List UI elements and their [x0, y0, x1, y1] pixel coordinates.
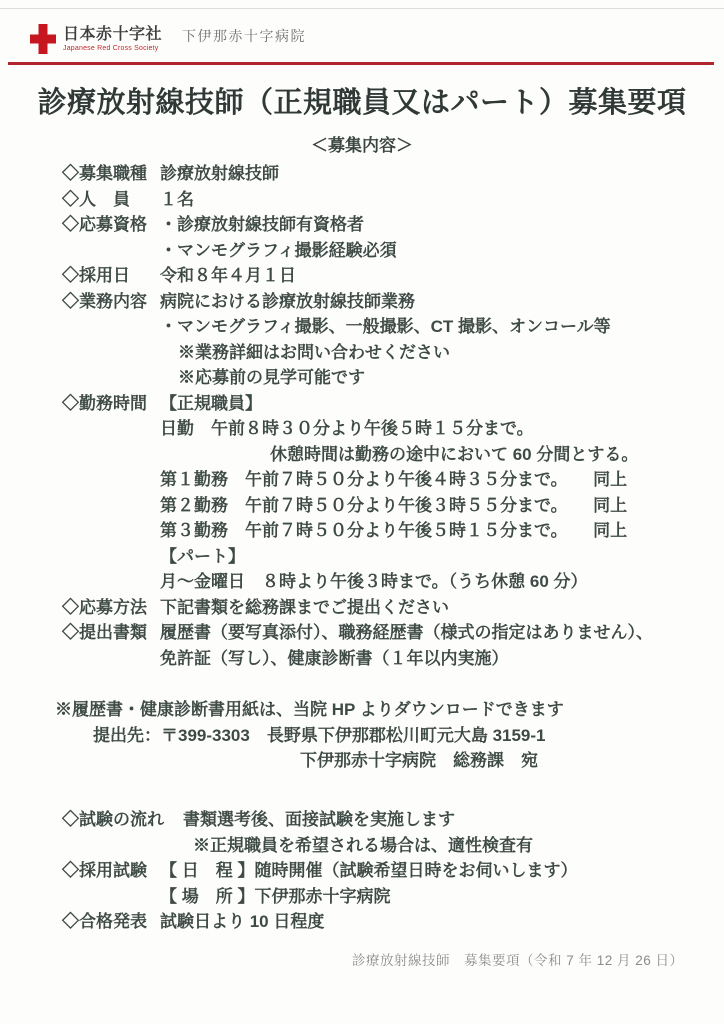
row-text: 【パート】 [160, 544, 245, 570]
row-text: 【正規職員】 [160, 391, 262, 417]
list-row: 日勤 午前８時３０分より午後５時１５分まで。 [62, 416, 714, 442]
list-row: ※応募前の見学可能です [62, 365, 714, 391]
list-row: 【 場 所 】下伊那赤十字病院 [62, 884, 714, 910]
row-label [62, 833, 183, 859]
row-label: ◇合格発表 [62, 909, 160, 935]
row-label: ◇試験の流れ [62, 807, 183, 833]
list-row: 免許証（写し）、健康診断書（１年以内実施） [62, 646, 714, 672]
header-rule [8, 62, 714, 65]
recruitment-details-list: ◇募集職種診療放射線技師 ◇人 員１名 ◇応募資格・診療放射線技師有資格者 ・マ… [62, 161, 714, 671]
row-label: ◇提出書類 [62, 620, 160, 646]
list-row: ◇提出書類履歴書（要写真添付）、職務経歴書（様式の指定はありません）、 [62, 620, 714, 646]
document-footer: 診療放射線技師 募集要項（令和 7 年 12 月 26 日） [352, 949, 684, 969]
row-label: ◇業務内容 [62, 289, 160, 315]
row-label [62, 493, 160, 519]
list-row: ◇試験の流れ書類選考後、面接試験を実施します [62, 807, 714, 833]
row-text: 【 日 程 】随時開催（試験希望日時をお伺いします） [160, 858, 577, 884]
red-cross-icon [30, 24, 56, 54]
list-row: 【パート】 [62, 544, 714, 570]
row-text: 休憩時間は勤務の途中において 60 分間とする。 [270, 442, 638, 468]
list-row: ◇業務内容病院における診療放射線技師業務 [62, 289, 714, 315]
row-text: ・マンモグラフィ撮影経験必須 [160, 238, 397, 264]
hospital-name: 下伊那赤十字病院 [182, 26, 306, 46]
document-page: 日本赤十字社 Japanese Red Cross Society 下伊那赤十字… [0, 0, 724, 1024]
list-row: ※正規職員を希望される場合は、適性検査有 [62, 833, 714, 859]
row-text: 日勤 午前８時３０分より午後５時１５分まで。 [160, 416, 534, 442]
row-label [62, 340, 160, 366]
list-row: 第３勤務 午前７時５０分より午後５時１５分まで。 同上 [62, 518, 714, 544]
row-text: ※正規職員を希望される場合は、適性検査有 [193, 833, 533, 859]
note-line-address: 提出先：〒399-3303 長野県下伊那郡松川町元大島 3159-1 [93, 723, 564, 749]
list-row: 第１勤務 午前７時５０分より午後４時３５分まで。 同上 [62, 467, 714, 493]
row-text: ※業務詳細はお問い合わせください [178, 340, 450, 366]
row-text: 【 場 所 】下伊那赤十字病院 [160, 884, 390, 910]
row-text: ・診療放射線技師有資格者 [160, 212, 364, 238]
row-label [62, 416, 160, 442]
row-text: 書類選考後、面接試験を実施します [183, 807, 455, 833]
row-text: ※応募前の見学可能です [178, 365, 365, 391]
row-label: ◇勤務時間 [62, 391, 160, 417]
note-line-recipient: 下伊那赤十字病院 総務課 宛 [300, 748, 564, 774]
list-row: ◇応募資格・診療放射線技師有資格者 [62, 212, 714, 238]
list-row: ◇募集職種診療放射線技師 [62, 161, 714, 187]
row-text: 試験日より 10 日程度 [160, 909, 324, 935]
row-text: 病院における診療放射線技師業務 [160, 289, 415, 315]
row-label: ◇募集職種 [62, 161, 160, 187]
scan-edge-line [0, 8, 724, 9]
list-row: 第２勤務 午前７時５０分より午後３時５５分まで。 同上 [62, 493, 714, 519]
exam-details-list: ◇試験の流れ書類選考後、面接試験を実施します ※正規職員を希望される場合は、適性… [62, 807, 714, 935]
list-row: ・マンモグラフィ撮影経験必須 [62, 238, 714, 264]
org-name-block: 日本赤十字社 Japanese Red Cross Society [63, 26, 162, 52]
row-label: ◇採用日 [62, 263, 160, 289]
list-row: ◇合格発表試験日より 10 日程度 [62, 909, 714, 935]
row-label [62, 569, 160, 595]
submission-note: ※履歴書・健康診断書用紙は、当院 HP よりダウンロードできます 提出先：〒39… [55, 697, 564, 774]
row-label: ◇応募方法 [62, 595, 160, 621]
row-label [62, 365, 160, 391]
row-text: 第１勤務 午前７時５０分より午後４時３５分まで。 同上 [160, 467, 627, 493]
row-label [62, 238, 160, 264]
list-row: ※業務詳細はお問い合わせください [62, 340, 714, 366]
list-row: ◇勤務時間【正規職員】 [62, 391, 714, 417]
row-text: ・マンモグラフィ撮影、一般撮影、CT 撮影、オンコール等 [160, 314, 611, 340]
list-row: 休憩時間は勤務の途中において 60 分間とする。 [62, 442, 714, 468]
org-name-english: Japanese Red Cross Society [63, 45, 162, 52]
row-label [62, 467, 160, 493]
row-label: ◇人 員 [62, 187, 160, 213]
list-row: ・マンモグラフィ撮影、一般撮影、CT 撮影、オンコール等 [62, 314, 714, 340]
row-text: 月～金曜日 ８時より午後３時まで。（うち休憩 60 分） [160, 569, 588, 595]
row-label [62, 544, 160, 570]
page-title: 診療放射線技師（正規職員又はパート）募集要項 [0, 80, 724, 121]
row-label [62, 442, 160, 468]
row-text: 履歴書（要写真添付）、職務経歴書（様式の指定はありません）、 [160, 620, 653, 646]
row-label [62, 646, 160, 672]
row-text: 免許証（写し）、健康診断書（１年以内実施） [160, 646, 509, 672]
row-text: 令和８年４月１日 [160, 263, 296, 289]
row-text: 診療放射線技師 [160, 161, 279, 187]
list-row: 月～金曜日 ８時より午後３時まで。（うち休憩 60 分） [62, 569, 714, 595]
list-row: ◇採用日令和８年４月１日 [62, 263, 714, 289]
row-label [62, 884, 160, 910]
org-name: 日本赤十字社 [63, 26, 162, 43]
row-label: ◇応募資格 [62, 212, 160, 238]
row-label [62, 518, 160, 544]
row-text: 下記書類を総務課までご提出ください [160, 595, 449, 621]
list-row: ◇人 員１名 [62, 187, 714, 213]
row-text: １名 [160, 187, 194, 213]
document-header: 日本赤十字社 Japanese Red Cross Society 下伊那赤十字… [30, 24, 306, 54]
row-text: 第３勤務 午前７時５０分より午後５時１５分まで。 同上 [160, 518, 627, 544]
section-heading: ＜募集内容＞ [0, 131, 724, 156]
row-text: 第２勤務 午前７時５０分より午後３時５５分まで。 同上 [160, 493, 627, 519]
row-label [62, 314, 160, 340]
row-label: ◇採用試験 [62, 858, 160, 884]
note-line-download: ※履歴書・健康診断書用紙は、当院 HP よりダウンロードできます [55, 697, 564, 723]
list-row: ◇応募方法下記書類を総務課までご提出ください [62, 595, 714, 621]
list-row: ◇採用試験【 日 程 】随時開催（試験希望日時をお伺いします） [62, 858, 714, 884]
